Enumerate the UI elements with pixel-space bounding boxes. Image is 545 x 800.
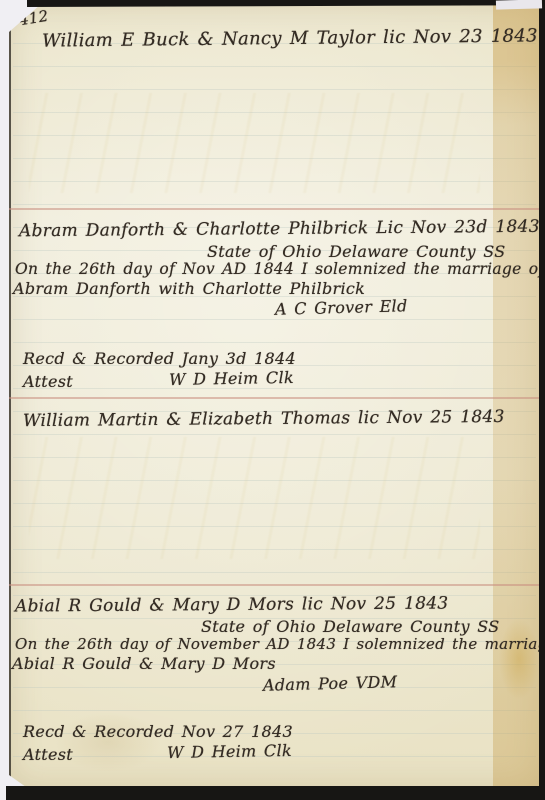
clerk-signature: W D Heim Clk xyxy=(169,368,294,389)
scan-canvas: 412 William E Buck & Nancy M Taylor lic … xyxy=(0,0,545,800)
show-through-marks xyxy=(29,437,480,559)
ledger-page: 412 William E Buck & Nancy M Taylor lic … xyxy=(9,5,540,787)
officiant-signature: A C Grover Eld xyxy=(275,296,408,318)
red-divider-line xyxy=(9,584,540,586)
right-edge-bar xyxy=(539,0,545,800)
entry-martin-thomas-title: William Martin & Elizabeth Thomas lic No… xyxy=(23,407,505,431)
clerk-signature: W D Heim Clk xyxy=(167,741,292,762)
red-divider-line xyxy=(9,397,540,399)
solemnized-line: On the 26th day of Nov AD 1844 I solemni… xyxy=(15,260,544,278)
top-right-corner-chip xyxy=(496,0,542,10)
recorded-line: Recd & Recorded Jany 3d 1844 xyxy=(23,349,296,368)
officiant-signature: Adam Poe VDM xyxy=(263,672,398,695)
couple-names-line: Abram Danforth with Charlotte Philbrick xyxy=(13,279,365,298)
state-county-line: State of Ohio Delaware County SS xyxy=(201,617,499,636)
show-through-marks xyxy=(29,93,480,193)
red-divider-line xyxy=(9,208,540,210)
solemnized-line: On the 26th day of November AD 1843 I so… xyxy=(15,635,545,653)
recorded-line: Recd & Recorded Nov 27 1843 xyxy=(23,722,293,741)
attest-label: Attest xyxy=(23,372,73,391)
paper-stain xyxy=(33,699,183,785)
couple-names-line: Abial R Gould & Mary D Mors xyxy=(12,654,276,673)
attest-label: Attest xyxy=(23,745,73,764)
state-county-line: State of Ohio Delaware County SS xyxy=(207,242,505,261)
entry-gould-mors-title: Abial R Gould & Mary D Mors lic Nov 25 1… xyxy=(15,593,449,616)
bottom-edge-bar xyxy=(6,786,545,800)
